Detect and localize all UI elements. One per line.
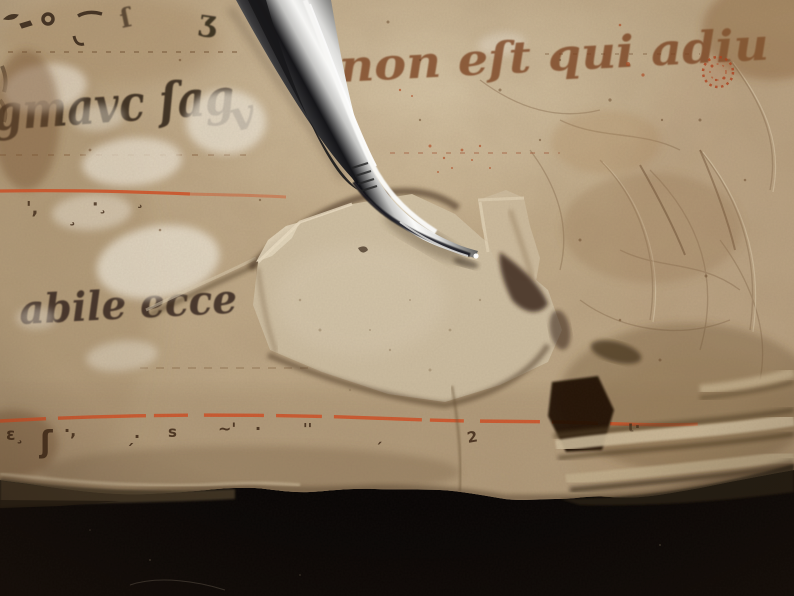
manuscript-conservation-photo: gmavc ſag v abile ecce ʒ ſ [0, 0, 794, 596]
photo-vignette [0, 0, 794, 596]
photo-canvas: gmavc ſag v abile ecce ʒ ſ [0, 0, 794, 596]
